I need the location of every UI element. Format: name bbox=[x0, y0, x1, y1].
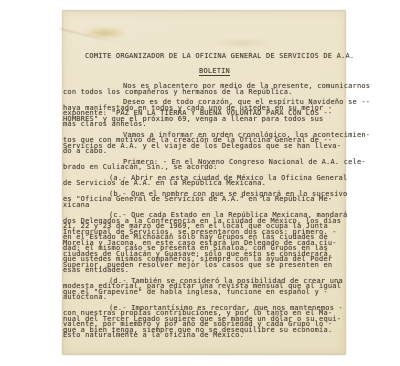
text-line: xicana bbox=[63, 203, 344, 209]
paragraph: (e.- Importantísimo es recordar, que nos… bbox=[63, 306, 344, 339]
paragraph: (d.- También se consideró la posibilidad… bbox=[63, 279, 344, 301]
scan-background: COMITE ORGANIZADOR DE LA OFICINA GENERAL… bbox=[0, 0, 400, 366]
text-line: de Servicios de A.A. en la República Mex… bbox=[63, 181, 344, 187]
paragraph: Vamos a informar en orden cronológico, l… bbox=[63, 133, 344, 155]
text-line: do a cabo. bbox=[63, 149, 344, 155]
paragraph: Primero: - En el Noveno Congreso Naciona… bbox=[63, 160, 344, 171]
document-title: BOLETIN bbox=[63, 69, 344, 75]
paragraph: (a.- Abrir en esta ciudad de México la O… bbox=[63, 176, 344, 187]
paragraph: Deseo es de todo corazón, que el espírit… bbox=[63, 100, 344, 128]
paragraph: (c.- Que cada Estado en la República Mex… bbox=[63, 213, 344, 274]
text-line: autóctona. bbox=[63, 295, 344, 301]
paragraph: Nos es placentero por medio de la presen… bbox=[63, 84, 344, 95]
paragraph: (b.- Que el nombre con que se designará … bbox=[63, 192, 344, 209]
text-line: Esto naturalmente a la oficina de México… bbox=[63, 333, 344, 339]
document-page: COMITE ORGANIZADOR DE LA OFICINA GENERAL… bbox=[62, 10, 346, 355]
document-header: COMITE ORGANIZADOR DE LA OFICINA GENERAL… bbox=[63, 54, 344, 60]
text-line: brado en Culiacán, Sin., se acordó: bbox=[63, 165, 344, 171]
paper-stain bbox=[212, 38, 272, 48]
text-line: con todos los compañeros y hermanos de l… bbox=[63, 90, 344, 96]
text-line: esas entidades. bbox=[63, 268, 344, 274]
document-body: Nos es placentero por medio de la presen… bbox=[63, 84, 344, 339]
text-line: es "Oficina General de Servicios de A.A.… bbox=[63, 197, 344, 203]
text-line: más claros anhelos. bbox=[63, 122, 344, 128]
